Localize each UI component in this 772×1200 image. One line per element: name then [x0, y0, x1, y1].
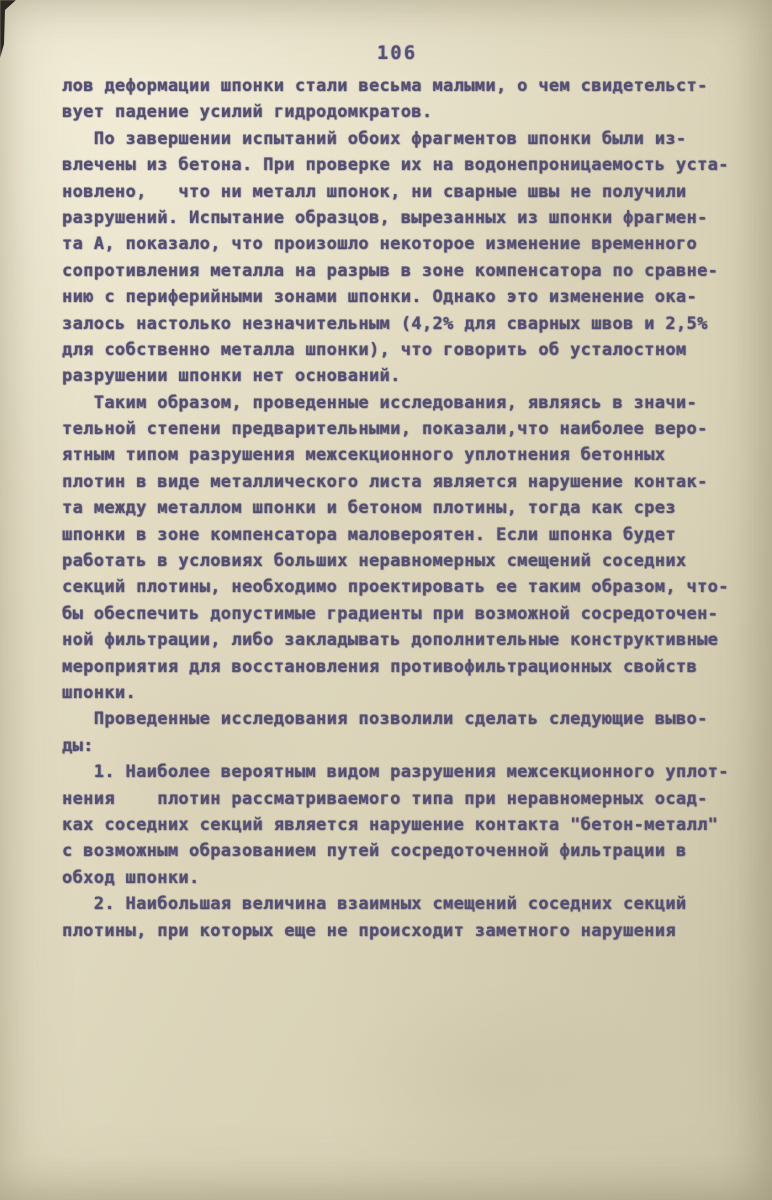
text-line: мероприятия для восстановления противофи… — [62, 654, 742, 680]
text-line: шпонки. — [62, 680, 742, 706]
text-line: та А, показало, что произошло некоторое … — [62, 231, 742, 257]
text-line: работать в условиях больших неравномерны… — [62, 548, 742, 574]
text-line: нию с периферийными зонами шпонки. Однак… — [62, 284, 742, 310]
paper-stain — [330, 980, 670, 1180]
text-line: ятным типом разрушения межсекционного уп… — [62, 442, 742, 468]
text-line: ках соседних секций является нарушение к… — [62, 812, 742, 838]
text-line: тельной степени предварительными, показа… — [62, 416, 742, 442]
text-line: влечены из бетона. При проверке их на во… — [62, 152, 742, 178]
text-line: залось настолько незначительным (4,2% дл… — [62, 311, 742, 337]
text-line: ной фильтрации, либо закладывать дополни… — [62, 627, 742, 653]
text-line: для собственно металла шпонки), что гово… — [62, 337, 742, 363]
document-text: лов деформации шпонки стали весьма малым… — [62, 73, 742, 944]
text-line: та между металлом шпонки и бетоном плоти… — [62, 495, 742, 521]
text-line: с возможным образованием путей сосредото… — [62, 838, 742, 864]
text-line: вует падение усилий гидродомкратов. — [62, 99, 742, 125]
text-line: лов деформации шпонки стали весьма малым… — [62, 73, 742, 99]
text-line: 2. Наибольшая величина взаимных смещений… — [62, 891, 742, 917]
text-line: секций плотины, необходимо проектировать… — [62, 574, 742, 600]
text-line: сопротивления металла на разрыв в зоне к… — [62, 258, 742, 284]
text-line: разрушении шпонки нет оснований. — [62, 363, 742, 389]
page-number: 106 — [0, 42, 772, 64]
text-line: шпонки в зоне компенсатора маловероятен.… — [62, 522, 742, 548]
text-line: разрушений. Испытание образцов, вырезанн… — [62, 205, 742, 231]
text-line: плотины, при которых еще не происходит з… — [62, 918, 742, 944]
text-line: новлено, что ни металл шпонок, ни сварны… — [62, 179, 742, 205]
text-line: ды: — [62, 733, 742, 759]
scanned-page: 106 лов деформации шпонки стали весьма м… — [0, 0, 772, 1200]
text-line: По завершении испытаний обоих фрагментов… — [62, 126, 742, 152]
text-line: Таким образом, проведенные исследования,… — [62, 390, 742, 416]
text-line: 1. Наиболее вероятным видом разрушения м… — [62, 759, 742, 785]
text-line: Проведенные исследования позволили сдела… — [62, 706, 742, 732]
text-line: нения плотин рассматриваемого типа при н… — [62, 786, 742, 812]
text-line: плотин в виде металлического листа являе… — [62, 469, 742, 495]
text-line: бы обеспечить допустимые градиенты при в… — [62, 601, 742, 627]
text-line: обход шпонки. — [62, 865, 742, 891]
